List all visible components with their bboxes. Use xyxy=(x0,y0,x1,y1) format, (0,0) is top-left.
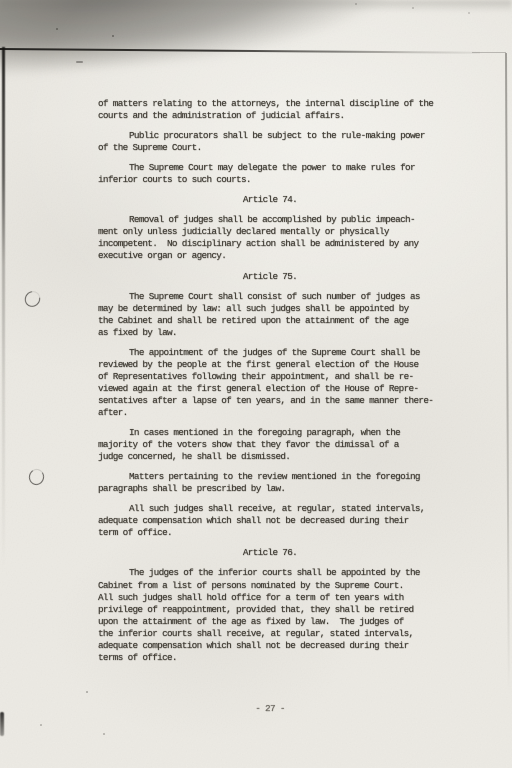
scan-speck xyxy=(355,3,357,5)
article-heading-74: Article 74. xyxy=(98,194,442,206)
paragraph-voter-dismissal: In cases mentioned in the foregoing para… xyxy=(98,427,442,463)
page-right-edge-line xyxy=(505,53,509,693)
scanner-background-shade xyxy=(0,0,390,78)
scan-speck xyxy=(86,691,88,693)
left-edge-dark-mark xyxy=(0,712,4,736)
scan-speck xyxy=(103,733,105,735)
binder-ring-mark-top xyxy=(22,288,44,310)
scan-speck xyxy=(40,724,42,726)
article-heading-75: Article 75. xyxy=(98,271,442,283)
binder-ring-mark-bottom xyxy=(28,468,46,487)
paragraph-appointment-review: The appointment of the judges of the Sup… xyxy=(98,347,442,419)
paragraph-removal-of-judges: Removal of judges shall be accomplished … xyxy=(98,214,442,262)
page-left-edge-line xyxy=(2,47,5,567)
paragraph-public-procurators: Public procurators shall be subject to t… xyxy=(98,130,442,154)
page-top-right-corner-line xyxy=(472,52,506,56)
paragraph-review-matters: Matters pertaining to the review mention… xyxy=(98,471,442,495)
scanned-page: of matters relating to the attorneys, th… xyxy=(0,0,512,768)
scan-speck xyxy=(468,12,470,14)
paragraph-judges-compensation: All such judges shall receive, at regula… xyxy=(98,503,442,539)
article-heading-76: Article 76. xyxy=(98,547,442,559)
paragraph-inferior-courts: The judges of the inferior courts shall … xyxy=(98,567,442,663)
page-number: - 27 - xyxy=(98,703,442,715)
pencil-dash-mark xyxy=(76,61,83,63)
document-text: of matters relating to the attorneys, th… xyxy=(98,98,442,715)
paragraph-delegate-rules: The Supreme Court may delegate the power… xyxy=(98,162,442,186)
paragraph-continuation: of matters relating to the attorneys, th… xyxy=(98,98,442,122)
scan-speck xyxy=(412,7,414,9)
paragraph-supreme-court-composition: The Supreme Court shall consist of such … xyxy=(98,291,442,339)
